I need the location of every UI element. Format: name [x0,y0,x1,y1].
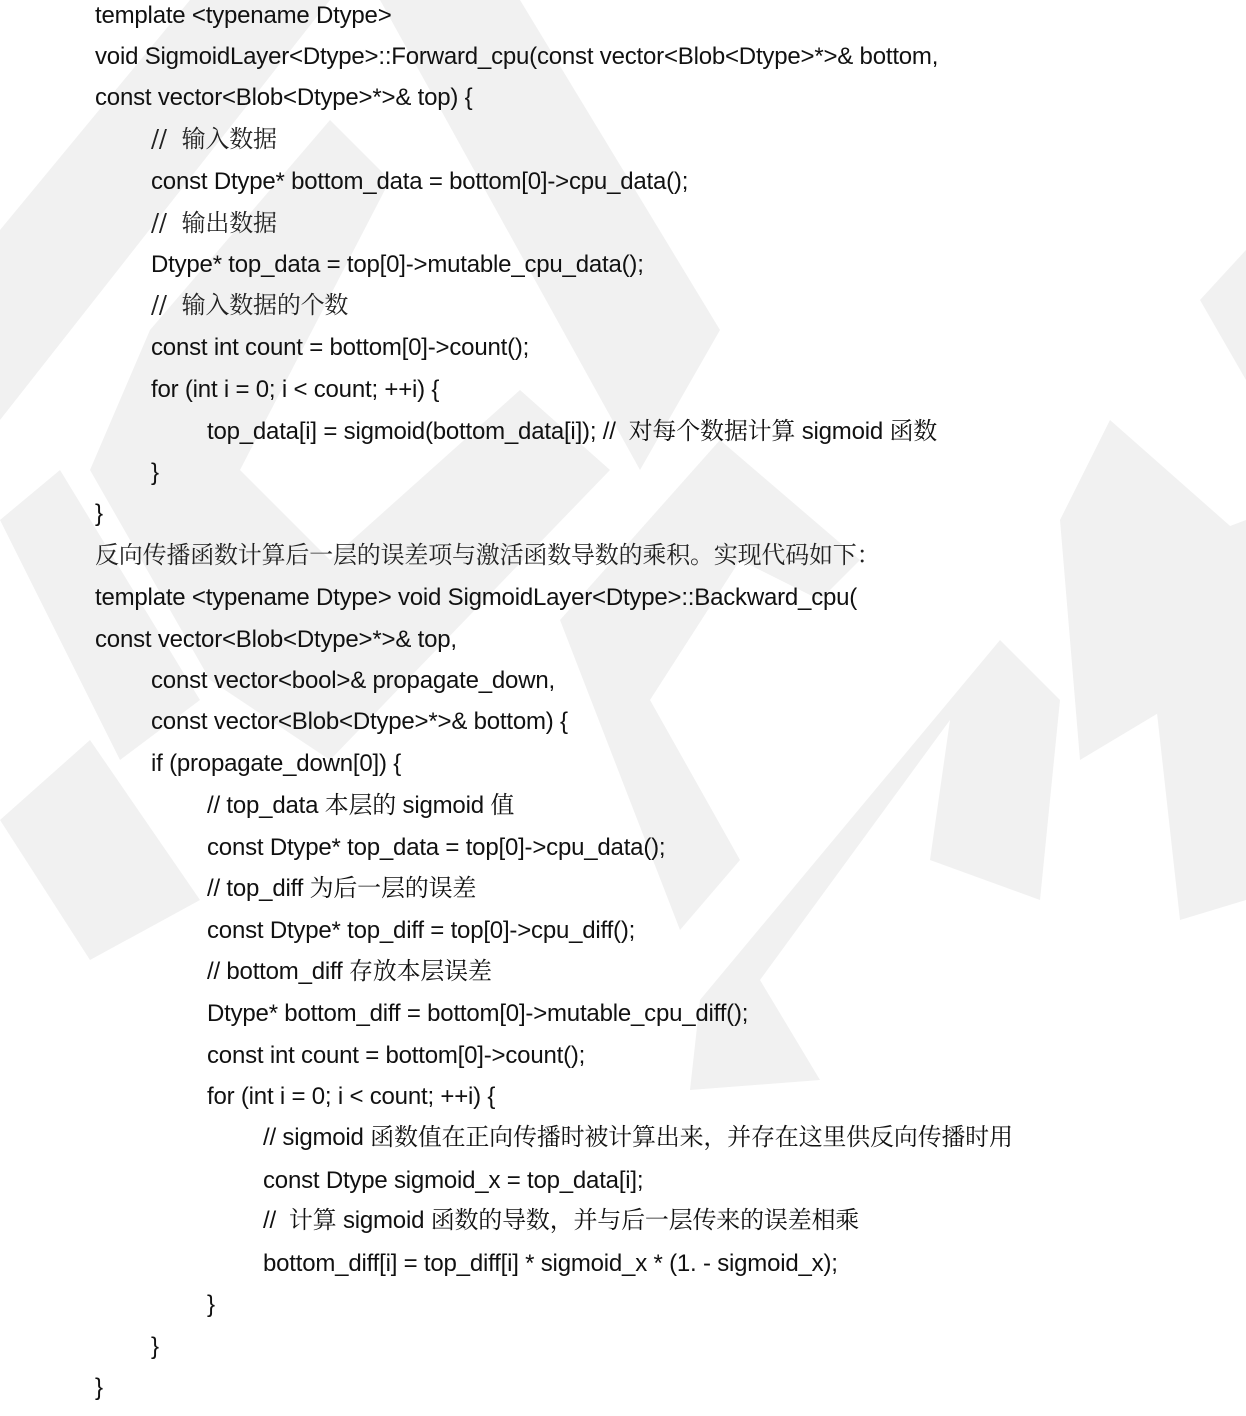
code-line: const vector<Blob<Dtype>*>& top, [95,624,457,656]
code-line: template <typename Dtype> [95,0,392,32]
code-line: for (int i = 0; i < count; ++i) { [207,1081,495,1113]
code-line: } [151,1331,159,1363]
code-line: const Dtype* top_diff = top[0]->cpu_diff… [207,915,635,947]
code-line: bottom_diff[i] = top_diff[i] * sigmoid_x… [263,1248,838,1280]
code-line: const vector<Blob<Dtype>*>& top) { [95,82,472,114]
code-comment: // 输入数据的个数 [151,289,348,321]
code-comment: // 输出数据 [151,207,277,239]
code-line: const Dtype* top_data = top[0]->cpu_data… [207,832,665,864]
code-line: Dtype* bottom_diff = bottom[0]->mutable_… [207,998,748,1030]
code-line: const Dtype sigmoid_x = top_data[i]; [263,1165,643,1197]
code-line: const vector<Blob<Dtype>*>& bottom) { [151,706,568,738]
code-line: } [95,1372,103,1404]
code-line: void SigmoidLayer<Dtype>::Forward_cpu(co… [95,41,938,73]
code-line: for (int i = 0; i < count; ++i) { [151,374,439,406]
code-comment: // 计算 sigmoid 函数的导数，并与后一层传来的误差相乘 [263,1205,859,1237]
code-line: top_data[i] = sigmoid(bottom_data[i]); /… [207,416,937,448]
code-line: Dtype* top_data = top[0]->mutable_cpu_da… [151,249,644,281]
code-line: if (propagate_down[0]) { [151,748,401,780]
paragraph-text: 反向传播函数计算后一层的误差项与激活函数导数的乘积。实现代码如下： [95,539,880,571]
code-line: } [95,498,103,530]
code-line: template <typename Dtype> void SigmoidLa… [95,582,857,614]
code-comment: // top_data 本层的 sigmoid 值 [207,790,514,822]
code-line: const int count = bottom[0]->count(); [151,332,529,364]
code-comment: // 输入数据 [151,123,277,155]
code-comment: // sigmoid 函数值在正向传播时被计算出来，并存在这里供反向传播时用 [263,1122,1013,1154]
code-line: const vector<bool>& propagate_down, [151,665,555,697]
code-line: } [207,1289,215,1321]
code-comment: // bottom_diff 存放本层误差 [207,956,492,988]
code-line: const Dtype* bottom_data = bottom[0]->cp… [151,166,688,198]
code-comment: // top_diff 为后一层的误差 [207,873,476,905]
code-line: } [151,457,159,489]
code-line: const int count = bottom[0]->count(); [207,1040,585,1072]
